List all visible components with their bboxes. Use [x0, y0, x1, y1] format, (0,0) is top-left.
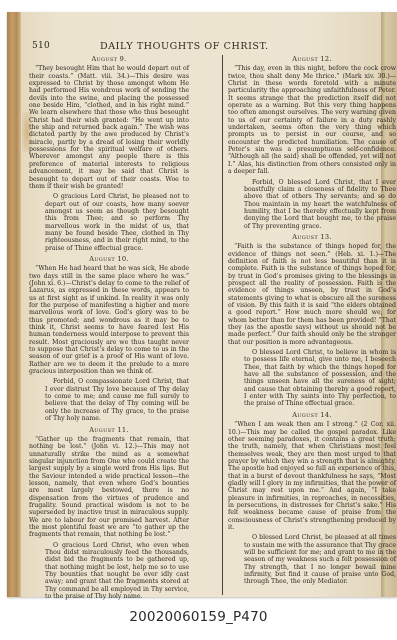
- entry-body: “When I am weak then am I strong.” (2 Co…: [228, 421, 396, 531]
- left-column: August 9. “They besought Him that he wou…: [29, 55, 189, 604]
- entry-prayer: Forbid, O compassionate Lord Christ, tha…: [45, 378, 189, 422]
- entry-date: August 14.: [228, 412, 396, 419]
- entry-august-14: August 14. “When I am weak then am I str…: [228, 412, 396, 586]
- column-divider: [222, 55, 223, 595]
- entry-august-10: August 10. “When He had heard that he wa…: [29, 256, 189, 423]
- entry-body: “They besought Him that he would depart …: [29, 65, 189, 190]
- entry-prayer: O blessed Lord Christ, to believe in who…: [244, 349, 396, 408]
- entry-prayer: Forbid, O blessed Lord Christ, that I ev…: [244, 179, 396, 230]
- entry-august-9: August 9. “They besought Him that he wou…: [29, 56, 189, 252]
- entry-date: August 9.: [29, 56, 189, 63]
- entry-date: August 13.: [228, 234, 396, 241]
- entry-date: August 11.: [29, 427, 189, 434]
- entry-prayer: O gracious Lord Christ, who even when Th…: [45, 542, 189, 601]
- right-column: August 12. “This day, even in this night…: [228, 55, 396, 590]
- page-header: 510 DAILY THOUGHTS OF CHRIST.: [32, 41, 362, 53]
- entry-prayer: O blessed Lord Christ, be pleased at all…: [244, 534, 396, 585]
- entry-august-13: August 13. “Faith is the substance of th…: [228, 234, 396, 408]
- entry-august-11: August 11. “Gather up the fragments that…: [29, 427, 189, 601]
- entry-body: “When He had heard that he was sick, He …: [29, 265, 189, 375]
- entry-body: “Gather up the fragments that remain, th…: [29, 436, 189, 539]
- running-title: DAILY THOUGHTS OF CHRIST.: [100, 41, 269, 52]
- entry-date: August 10.: [29, 256, 189, 263]
- entry-body: “This day, even in this night, before th…: [228, 65, 396, 175]
- image-caption: 20020060159_P470: [0, 609, 397, 625]
- entry-date: August 12.: [228, 56, 396, 63]
- entry-prayer: O gracious Lord Christ, be pleased not t…: [45, 193, 189, 252]
- page-number: 510: [32, 41, 50, 51]
- entry-august-12: August 12. “This day, even in this night…: [228, 56, 396, 230]
- entry-body: “Faith is the substance of things hoped …: [228, 243, 396, 346]
- book-spine-edge: [7, 12, 21, 597]
